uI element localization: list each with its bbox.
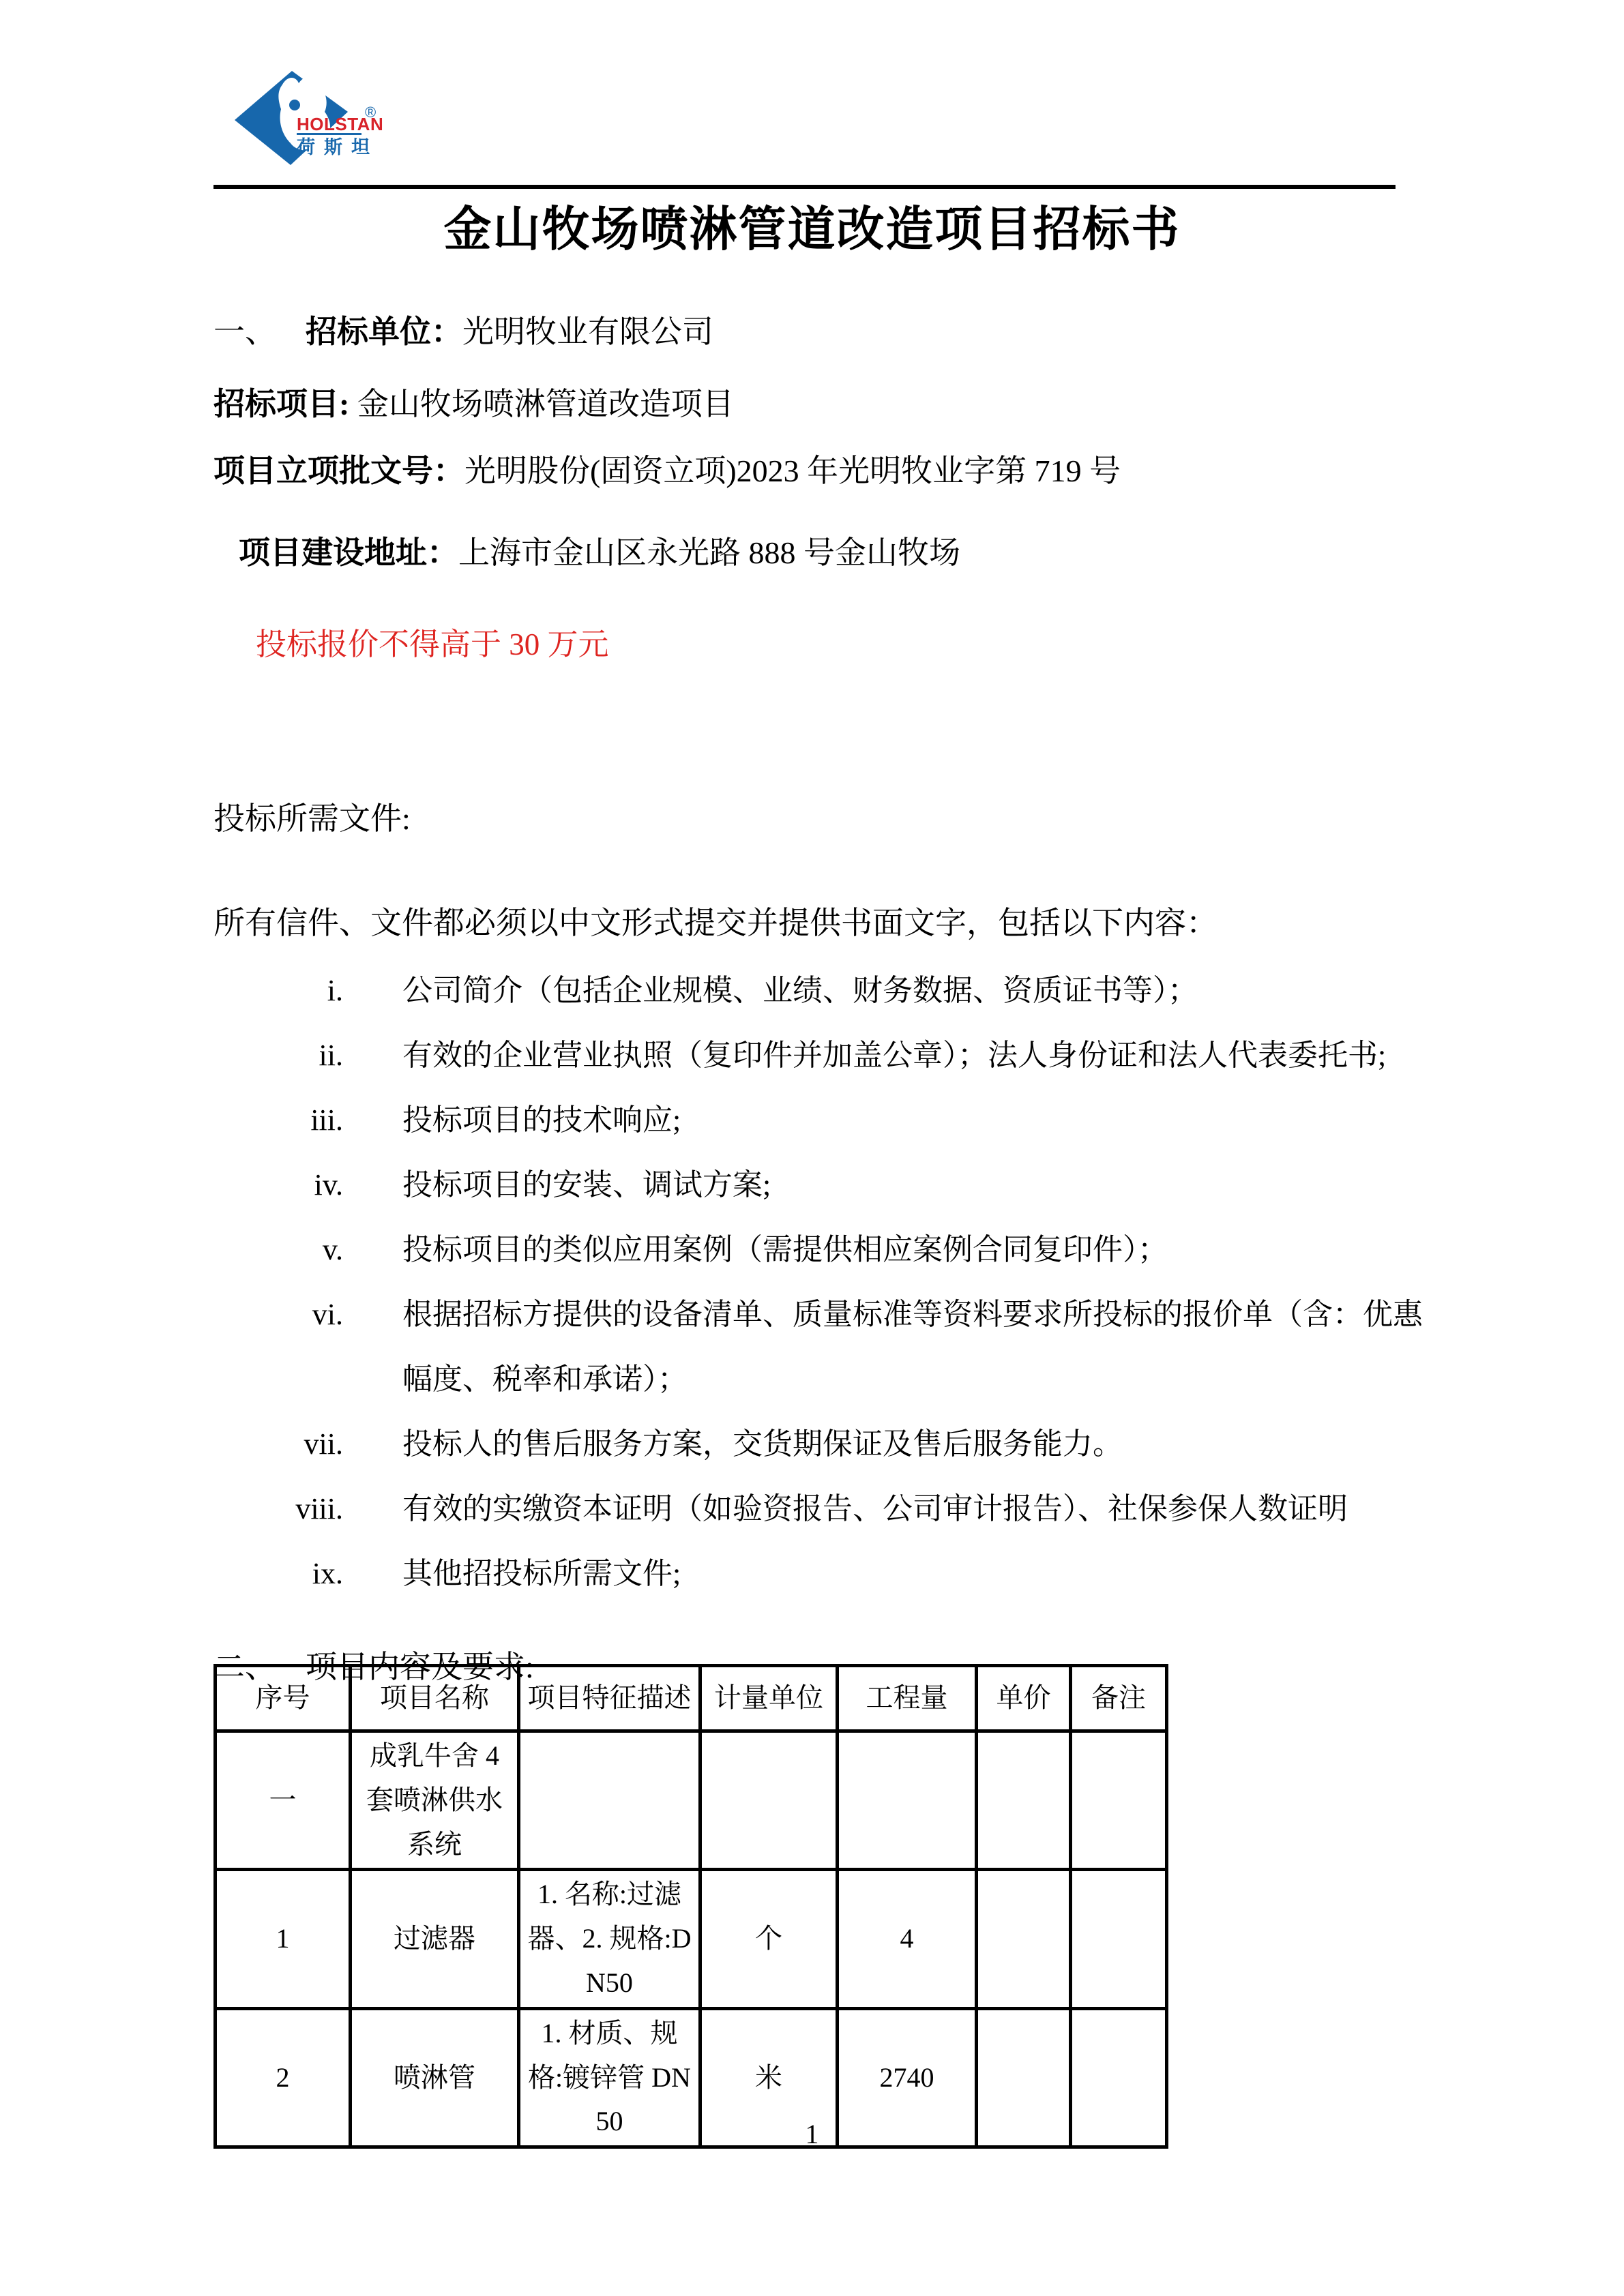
- logo-brand-cn: 荷斯坦: [297, 137, 379, 158]
- docs-heading: 投标所需文件:: [213, 803, 411, 835]
- paragraph-approval-number: 项目立项批文号：光明股份(固资立项)2023 年光明牧业字第 719 号: [213, 456, 1121, 487]
- table-header-row: 序号 项目名称 项目特征描述 计量单位 工程量 单价 备注: [216, 1666, 1167, 1731]
- col-header-feature-desc: 项目特征描述: [519, 1666, 700, 1731]
- list-item-number: ix.: [213, 1541, 343, 1606]
- logo-underline: [297, 133, 361, 135]
- table-cell: [838, 1731, 977, 1870]
- list-item-number: ii.: [213, 1023, 343, 1088]
- list-item: ii. 有效的企业营业执照（复印件并加盖公章）；法人身份证和法人代表委托书;: [213, 1023, 1434, 1088]
- table-cell: 1. 名称:过滤器、2. 规格:DN50: [519, 1870, 700, 2008]
- field-value: 光明牧业有限公司: [462, 314, 713, 349]
- field-value: 上海市金山区永光路 888 号金山牧场: [458, 535, 960, 570]
- table-cell: 1: [216, 1870, 351, 2008]
- list-item-text: 投标人的售后服务方案，交货期保证及售后服务能力。: [402, 1412, 1426, 1476]
- table-cell: [700, 1731, 838, 1870]
- col-header-item-name: 项目名称: [351, 1666, 519, 1731]
- list-item: iv. 投标项目的安装、调试方案;: [213, 1152, 1434, 1217]
- requirements-list: i. 公司简介（包括企业规模、业绩、财务数据、资质证书等）； ii. 有效的企业…: [213, 958, 1434, 1606]
- field-label: 招标项目:: [213, 387, 357, 421]
- paragraph-project-address: 项目建设地址：上海市金山区永光路 888 号金山牧场: [239, 537, 960, 569]
- field-value: 金山牧场喷淋管道改造项目: [357, 387, 734, 421]
- col-header-quantity: 工程量: [838, 1666, 977, 1731]
- col-header-remark: 备注: [1071, 1666, 1167, 1731]
- list-item-text: 投标项目的技术响应;: [402, 1088, 1426, 1152]
- list-item-text: 其他招投标所需文件;: [402, 1541, 1426, 1606]
- table-cell: 过滤器: [351, 1870, 519, 2008]
- list-item: i. 公司简介（包括企业规模、业绩、财务数据、资质证书等）；: [213, 958, 1434, 1023]
- list-item-number: vii.: [213, 1412, 343, 1476]
- list-item: viii. 有效的实缴资本证明（如验资报告、公司审计报告）、社保参保人数证明: [213, 1476, 1434, 1541]
- paragraph-tender-unit: 一、招标单位：光明牧业有限公司: [213, 316, 713, 348]
- price-limit-notice: 投标报价不得高于 30 万元: [256, 629, 609, 660]
- header-divider: [213, 185, 1396, 189]
- list-item-text: 有效的实缴资本证明（如验资报告、公司审计报告）、社保参保人数证明: [402, 1476, 1426, 1541]
- list-item-number: viii.: [213, 1476, 343, 1541]
- list-item: vi. 根据招标方提供的设备清单、质量标准等资料要求所投标的报价单（含：优惠幅度…: [213, 1282, 1434, 1412]
- table-cell: 个: [700, 1870, 838, 2008]
- field-value: 光明股份(固资立项)2023 年光明牧业字第 719 号: [464, 453, 1121, 488]
- table-cell: [977, 1870, 1071, 2008]
- list-item: v. 投标项目的类似应用案例（需提供相应案例合同复印件）；: [213, 1217, 1434, 1282]
- list-item-text: 根据招标方提供的设备清单、质量标准等资料要求所投标的报价单（含：优惠幅度、税率和…: [402, 1282, 1426, 1412]
- table-cell: [1071, 1870, 1167, 2008]
- table-cell: [1071, 1731, 1167, 1870]
- table-cell: [977, 1731, 1071, 1870]
- list-item-text: 有效的企业营业执照（复印件并加盖公章）；法人身份证和法人代表委托书;: [402, 1023, 1426, 1088]
- list-item-number: vi.: [213, 1282, 343, 1347]
- list-item-number: iii.: [213, 1088, 343, 1152]
- list-item: vii. 投标人的售后服务方案，交货期保证及售后服务能力。: [213, 1412, 1434, 1476]
- col-header-unit-price: 单价: [977, 1666, 1071, 1731]
- holstan-logo: HOLSTAN ® 荷斯坦: [229, 67, 387, 177]
- list-item-number: iv.: [213, 1152, 343, 1217]
- list-marker: 一、: [213, 316, 306, 348]
- list-item-text: 投标项目的类似应用案例（需提供相应案例合同复印件）；: [402, 1217, 1426, 1282]
- table-row: 一 成乳牛舍 4 套喷淋供水系统: [216, 1731, 1167, 1870]
- list-item-number: i.: [213, 958, 343, 1023]
- field-label: 招标单位：: [306, 314, 462, 349]
- document-page: HOLSTAN ® 荷斯坦 金山牧场喷淋管道改造项目招标书 一、招标单位：光明牧…: [0, 0, 1624, 2296]
- page-number: 1: [0, 2121, 1624, 2148]
- list-item: ix. 其他招投标所需文件;: [213, 1541, 1434, 1606]
- project-items-table: 序号 项目名称 项目特征描述 计量单位 工程量 单价 备注 一 成乳牛舍 4 套…: [213, 1664, 1168, 2149]
- logo-registered-icon: ®: [365, 104, 376, 121]
- table-row: 1 过滤器 1. 名称:过滤器、2. 规格:DN50 个 4: [216, 1870, 1167, 2008]
- docs-intro: 所有信件、文件都必须以中文形式提交并提供书面文字，包括以下内容：: [213, 908, 1217, 939]
- col-header-unit: 计量单位: [700, 1666, 838, 1731]
- cow-eye-patch: [289, 100, 300, 110]
- paragraph-tender-project: 招标项目: 金山牧场喷淋管道改造项目: [213, 389, 734, 420]
- table-cell: 成乳牛舍 4 套喷淋供水系统: [351, 1731, 519, 1870]
- list-item-number: v.: [213, 1217, 343, 1282]
- field-label: 项目立项批文号：: [213, 453, 464, 488]
- table-cell: 4: [838, 1870, 977, 2008]
- col-header-seq: 序号: [216, 1666, 351, 1731]
- list-item-text: 投标项目的安装、调试方案;: [402, 1152, 1426, 1217]
- table-cell: [519, 1731, 700, 1870]
- page-title: 金山牧场喷淋管道改造项目招标书: [0, 207, 1624, 254]
- field-label: 项目建设地址：: [239, 535, 458, 570]
- list-item: iii. 投标项目的技术响应;: [213, 1088, 1434, 1152]
- table-cell: 一: [216, 1731, 351, 1870]
- list-item-text: 公司简介（包括企业规模、业绩、财务数据、资质证书等）；: [402, 958, 1426, 1023]
